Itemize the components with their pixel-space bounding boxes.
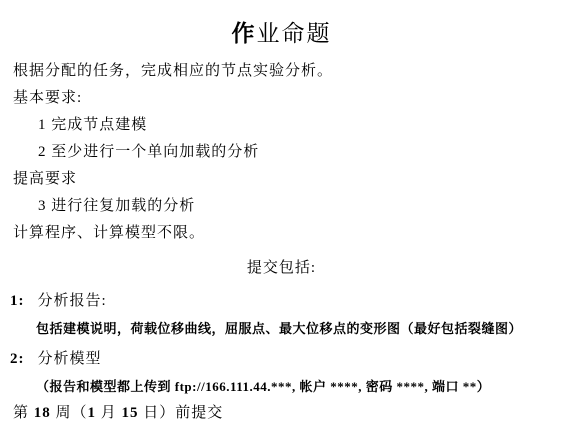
deadline-mid-2: 月	[96, 405, 122, 421]
intro-paragraph: 根据分配的任务，完成相应的节点实验分析。	[13, 58, 563, 85]
deadline-mid-1: 周（	[51, 405, 88, 421]
deliverable-2-detail: （报告和模型都上传到 ftp://166.111.44.***, 帐户 ****…	[36, 373, 563, 400]
deliverable-2-line: 2:分析模型	[10, 346, 563, 373]
deadline-suffix: 日）前提交	[139, 405, 224, 421]
document-title: 作业命题	[0, 16, 563, 50]
deliverable-1-label: 分析报告:	[38, 293, 107, 309]
deliverable-2-label: 分析模型	[38, 351, 102, 367]
deadline-week-number: 18	[34, 405, 51, 421]
tools-note: 计算程序、计算模型不限。	[13, 220, 563, 247]
basic-requirements-heading: 基本要求:	[13, 85, 563, 112]
advanced-requirement-item-3: 3 进行往复加载的分析	[38, 193, 563, 220]
document-page: 作业命题 根据分配的任务，完成相应的节点实验分析。 基本要求: 1 完成节点建模…	[0, 0, 563, 443]
advanced-requirements-heading: 提高要求	[13, 166, 563, 193]
basic-requirement-item-1: 1 完成节点建模	[38, 112, 563, 139]
deliverable-2-number: 2:	[10, 351, 25, 367]
submission-heading: 提交包括:	[0, 255, 563, 282]
deliverable-1-number: 1:	[10, 293, 25, 309]
deliverable-1-line: 1:分析报告:	[10, 288, 563, 315]
title-emphasis-char: 作	[232, 20, 257, 46]
deliverable-1-detail: 包括建模说明，荷载位移曲线，屈服点、最大位移点的变形图（最好包括裂缝图）	[36, 315, 563, 342]
title-text: 业命题	[257, 21, 332, 46]
deadline-prefix: 第	[13, 405, 34, 421]
deadline-month-number: 1	[88, 405, 97, 421]
deadline-line: 第 18 周（1 月 15 日）前提交	[13, 400, 563, 427]
deadline-day-number: 15	[122, 405, 139, 421]
basic-requirement-item-2: 2 至少进行一个单向加载的分析	[38, 139, 563, 166]
